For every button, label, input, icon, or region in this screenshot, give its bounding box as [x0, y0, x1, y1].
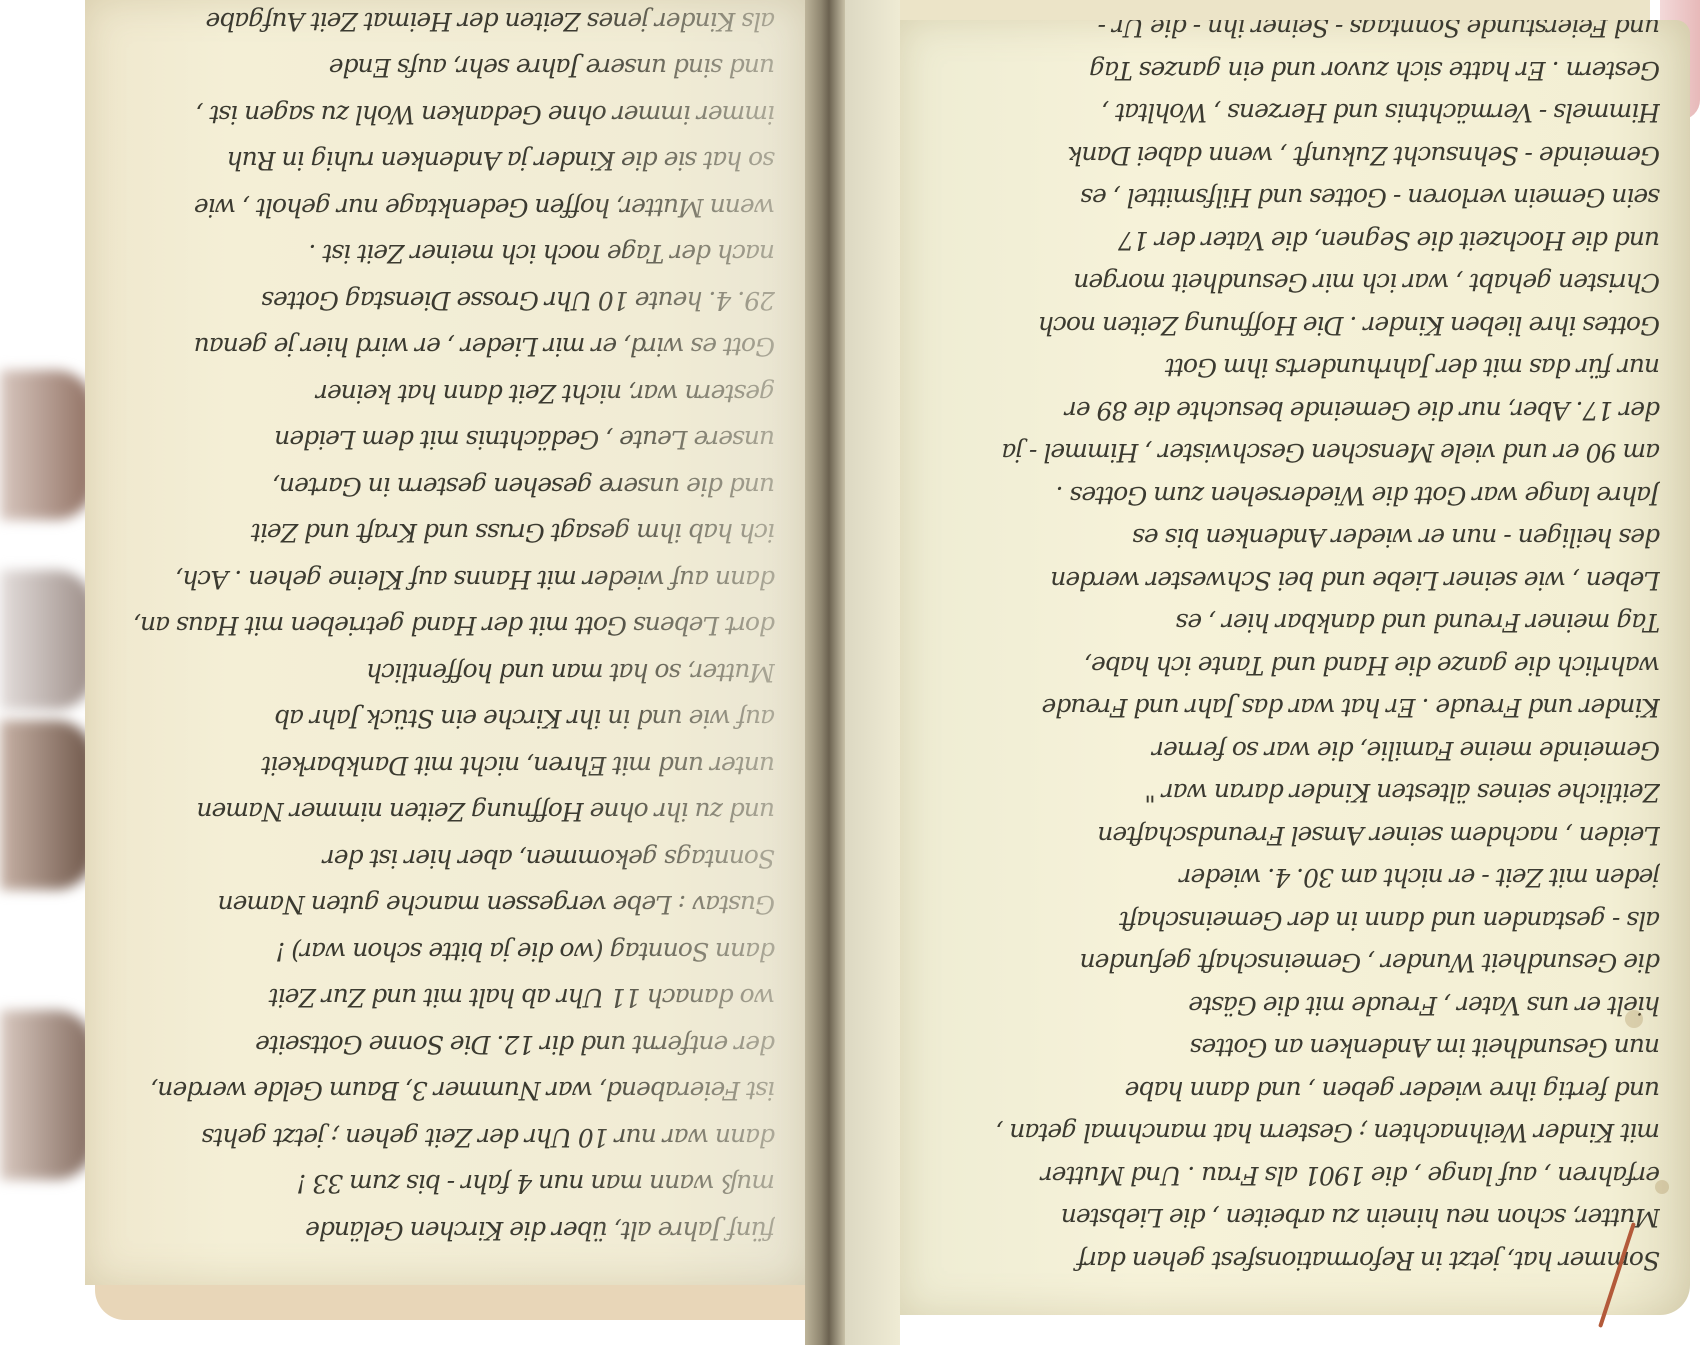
finger-shadow [0, 570, 95, 710]
handwritten-line: sein Gemein verloren - Gottes und Hilfsm… [930, 173, 1660, 213]
handwritten-line: der 17. Aber, nur die Gemeinde besuchte … [930, 385, 1660, 425]
right-page-text: Sommer hat, jetzt in Reformationsfest ge… [900, 20, 1690, 1315]
handwritten-line: fünf Jahre alt, über die Kirchen Gelände [115, 1205, 775, 1245]
handwritten-line: und die unsere gesehen gestern in Garten… [115, 461, 775, 501]
handwritten-line: Christen gehabt , war ich mir Gesundheit… [930, 258, 1660, 298]
handwritten-line: Gemeinde meine Familie, die war so ferne… [930, 725, 1660, 765]
handwritten-line: muß wann man nun 4 fahr - bis zum 33 ! [115, 1159, 775, 1199]
handwritten-line: Gemeinde - Sehnsucht Zukunft , wenn dabe… [930, 130, 1660, 170]
handwritten-line: ist Feierabend, war Nummer 3, Baum Gelde… [115, 1066, 775, 1106]
handwritten-line: mit Kinder Weihnachten ; Gestern hat man… [930, 1108, 1660, 1148]
handwritten-line: Mutter, schon neu hinein zu arbeiten , d… [930, 1193, 1660, 1233]
handwritten-line: Gustav : Lebe vergessen manche guten Nam… [115, 880, 775, 920]
handwritten-line: Gestern . Er hatte sich zuvor und ein ga… [930, 45, 1660, 85]
handwritten-line: Jahre lange war Gott die Wiedersehen zum… [930, 470, 1660, 510]
handwritten-line: und fertig ihre wieder geben , und dann … [930, 1065, 1660, 1105]
handwritten-line: Himmels - Vermächtnis und Herzens , Wohl… [930, 88, 1660, 128]
handwritten-line: unter und mit Ehren, nicht mit Dankbarke… [115, 740, 775, 780]
finger-shadow [0, 370, 95, 520]
handwritten-line: als Kinder jenes Zeiten der Heimat Zeit … [115, 0, 775, 36]
finger-shadow [0, 720, 95, 890]
handwritten-line: Leben , wie seiner Liebe und bei Schwest… [930, 555, 1660, 595]
handwritten-line: nur für das mit der Jahrhunderts ihm Got… [930, 343, 1660, 383]
handwritten-line: Gott es wird, er mir Lieder , er wird hi… [115, 322, 775, 362]
handwritten-line: dann Sonntag (wo die ja bitte schon war)… [115, 926, 775, 966]
handwritten-line: nach der Tage noch ich meiner Zeit ist . [115, 229, 775, 269]
handwritten-line: unsere Leute , Gedächtnis mit dem Leiden [115, 415, 775, 455]
handwritten-line: immer immer ohne Gedanken Wohl zu sagen … [115, 89, 775, 129]
finger-shadow [0, 1010, 95, 1180]
handwritten-line: Sonntags gekommen, aber hier ist der [115, 833, 775, 873]
handwritten-line: Zeitliche seines ältesten Kinder daran w… [930, 768, 1660, 808]
handwritten-line: Gottes ihre lieben Kinder . Die Hoffnung… [930, 300, 1660, 340]
handwritten-line: wo danach 11 Uhr ab halt mit und Zur Zei… [115, 973, 775, 1013]
handwritten-line: die Gesundheit Wunder , Gemeinschaft gef… [930, 938, 1660, 978]
handwritten-line: und sind unsere Jahre sehr, aufs Ende [115, 43, 775, 83]
handwritten-line: und Feierstunde Sonntags - Seiner ihn - … [930, 20, 1660, 43]
right-page-margin [845, 0, 900, 1345]
handwritten-line: gestern war, nicht Zeit dann hat keiner [115, 368, 775, 408]
handwritten-line: 29. 4. heute 10 Uhr Grosse Dienstag Gott… [115, 275, 775, 315]
handwritten-line: dort Lebens Gott mit der Hand getrieben … [115, 601, 775, 641]
handwritten-line: hielt er uns Vater , Freude mit die Gäst… [930, 980, 1660, 1020]
handwritten-line: des heiligen - nun er wieder Andenken bi… [930, 513, 1660, 553]
right-page: Sommer hat, jetzt in Reformationsfest ge… [900, 20, 1690, 1315]
handwritten-line: dann war nur 10 Uhr der Zeit gehen ; jet… [115, 1112, 775, 1152]
stain-spot [1655, 1180, 1669, 1194]
handwritten-line: und zu ihr ohne Hoffnung Zeiten nimmer N… [115, 787, 775, 827]
handwritten-line: erfahren , auf lange , die 1901 als Frau… [930, 1150, 1660, 1190]
handwritten-line: Kinder und Freude . Er hat war das Jahr … [930, 683, 1660, 723]
handwritten-line: am 90 er und viele Menschen Geschwister … [930, 428, 1660, 468]
handwritten-line: Mutter, so hat man und hoffentlich [115, 647, 775, 687]
handwritten-line: Tag meiner Freund und dankbar hier , es [930, 598, 1660, 638]
handwritten-line: wahrlich die ganze die Hand und Tante ic… [930, 640, 1660, 680]
left-page: fünf Jahre alt, über die Kirchen Gelände… [85, 0, 805, 1285]
handwritten-line: jeden mit Zeit - er nicht am 30. 4. wied… [930, 853, 1660, 893]
handwritten-line: Leiden , nachdem seiner Amsel Freundscha… [930, 810, 1660, 850]
stain-spot [1625, 1010, 1643, 1028]
handwritten-line: so hat sie die Kinder ja Andenken ruhig … [115, 136, 775, 176]
handwritten-line: auf wie und in ihr Kirche ein Stück Jahr… [115, 694, 775, 734]
notebook-gutter [805, 0, 845, 1345]
handwritten-line: als - gestanden und dann in der Gemeinsc… [930, 895, 1660, 935]
handwritten-line: Sommer hat, jetzt in Reformationsfest ge… [930, 1235, 1660, 1275]
handwritten-line: nun Gesundheit im Andenken an Gottes [930, 1023, 1660, 1063]
left-page-text: fünf Jahre alt, über die Kirchen Gelände… [85, 0, 805, 1285]
handwritten-line: der entfernt und dir 12. Die Sonne Gotts… [115, 1019, 775, 1059]
handwritten-line: ich hab ihm gesagt Gruss und Kraft und Z… [115, 508, 775, 548]
handwritten-line: dann auf wieder mit Hanns auf Kleine geh… [115, 554, 775, 594]
handwritten-line: und die Hochzeit die Segnen, die Vater d… [930, 215, 1660, 255]
handwritten-line: wenn Mutter, hoffen Gedenktage nur gehol… [115, 182, 775, 222]
